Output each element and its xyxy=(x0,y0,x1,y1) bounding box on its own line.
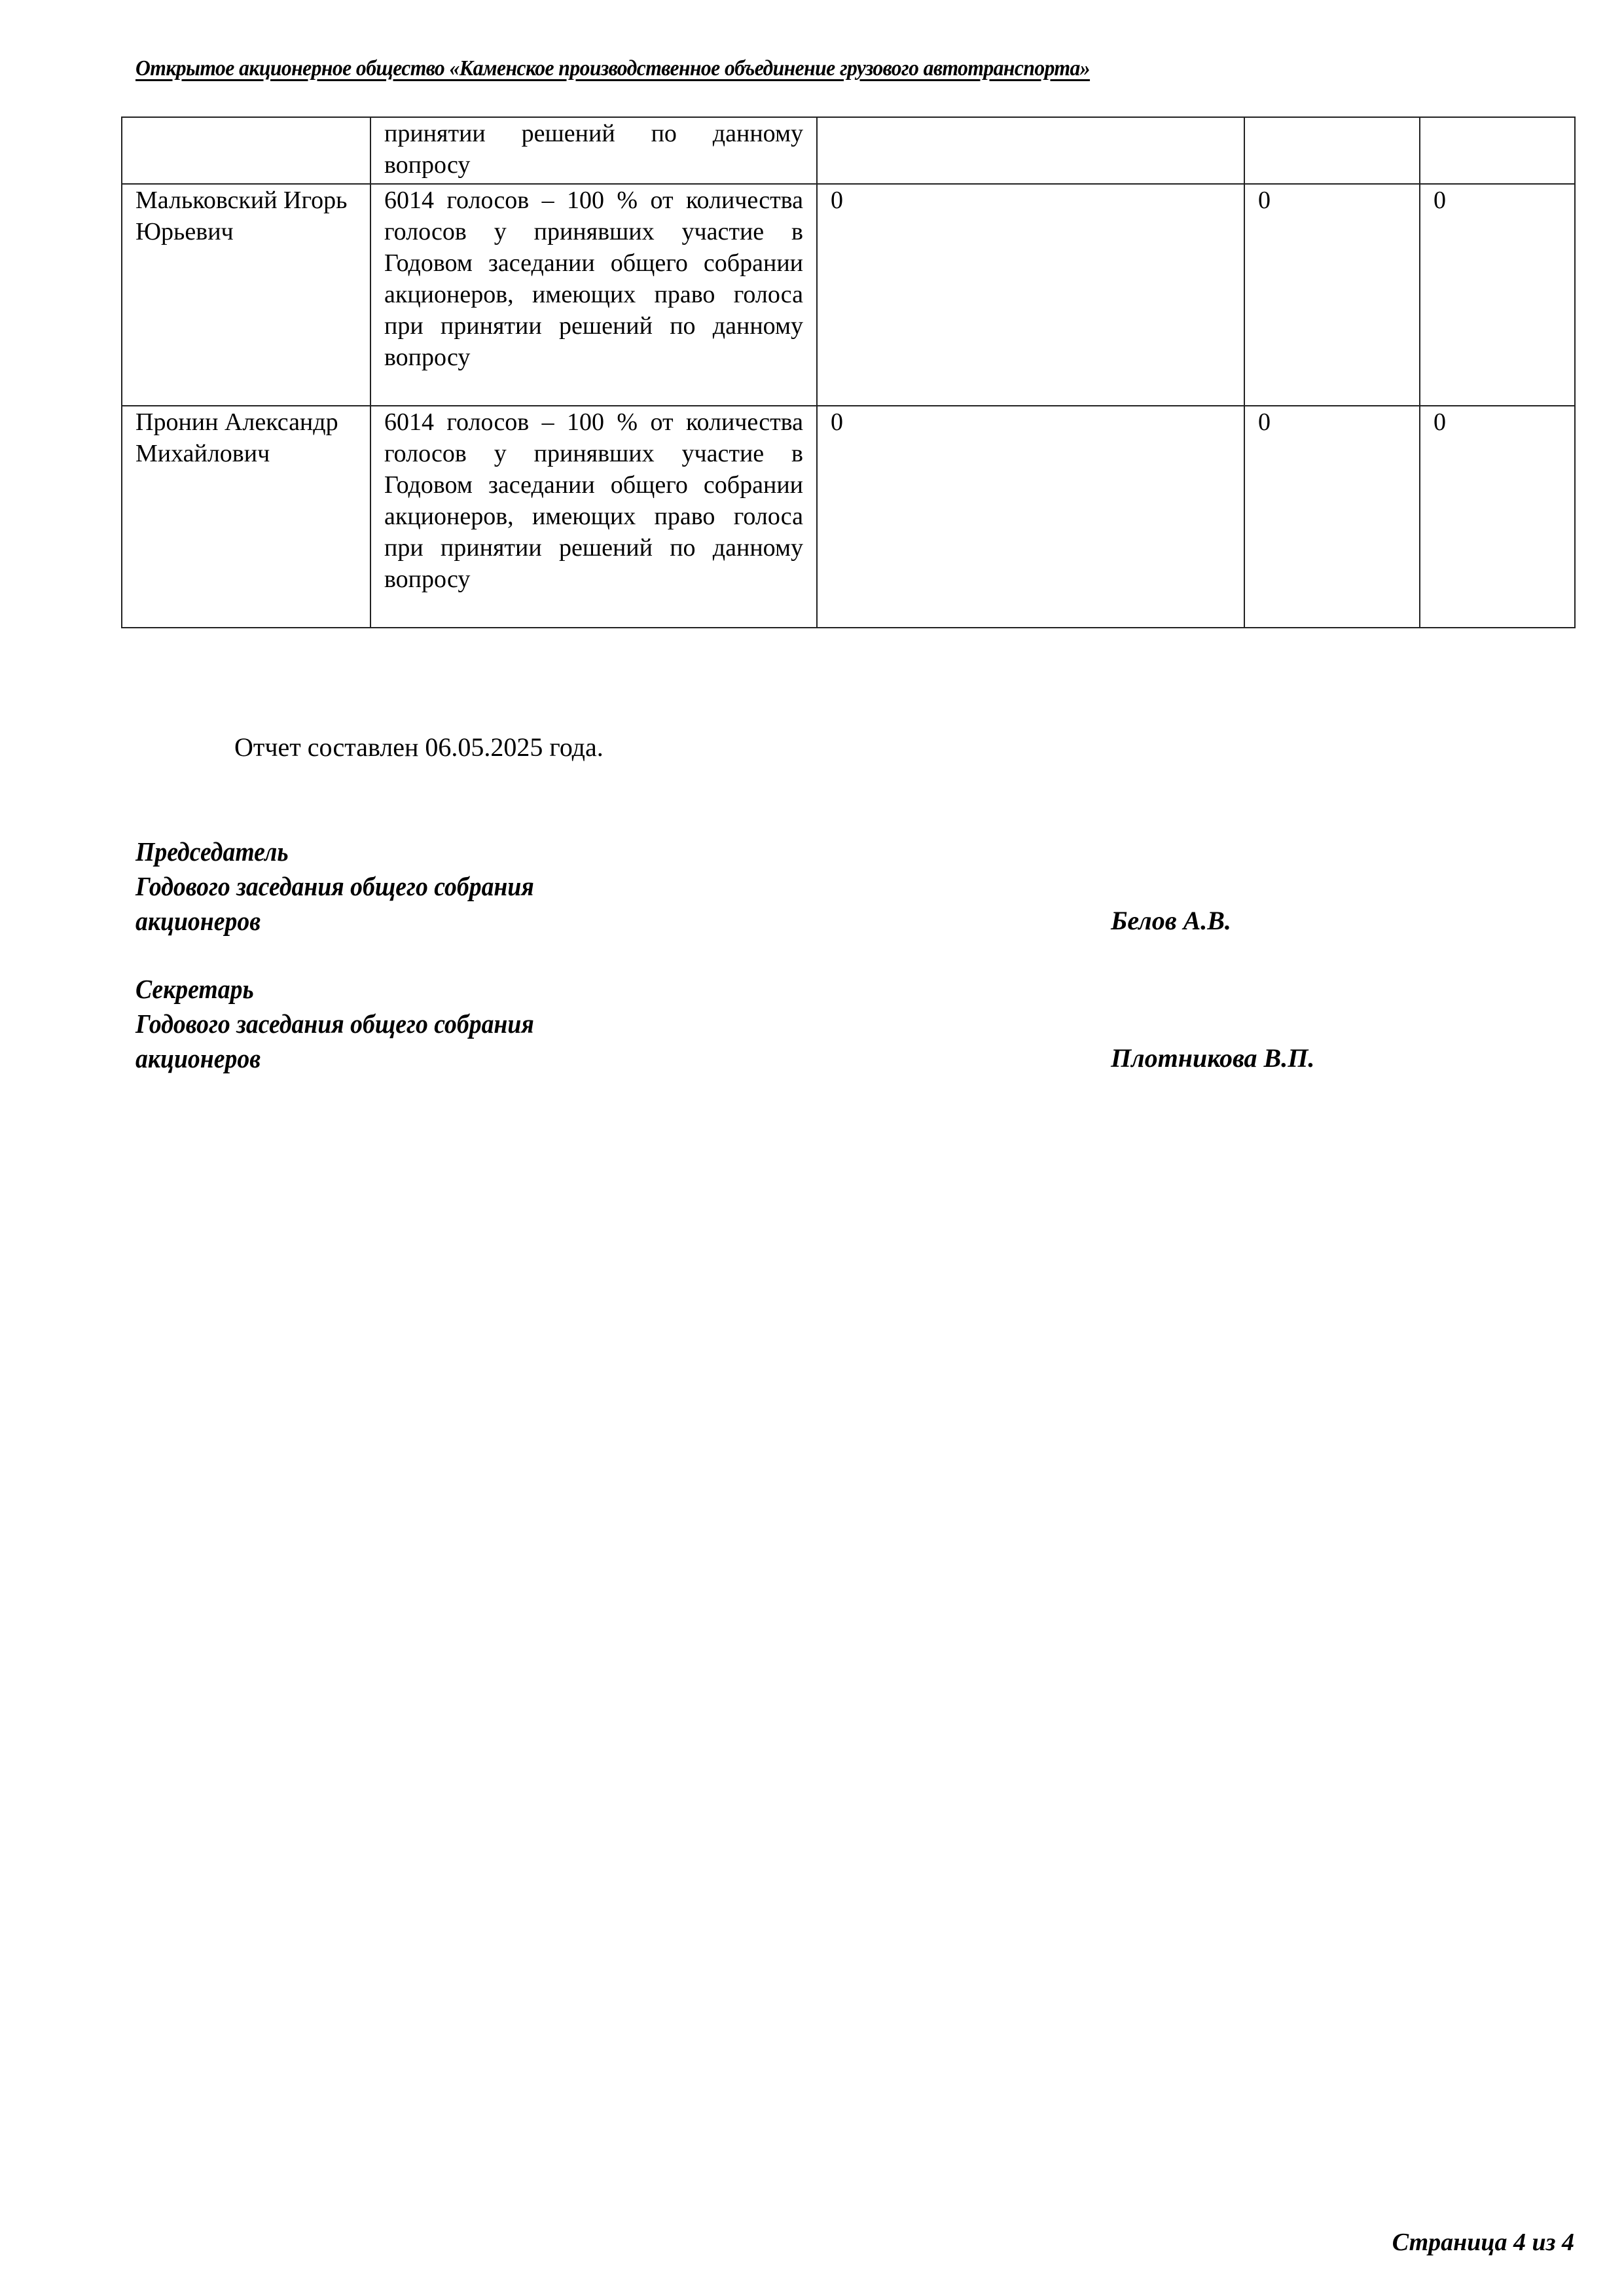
page-number: Страница 4 из 4 xyxy=(1392,2228,1574,2257)
votes-for-cell: 6014 голосов – 100 % от количества голос… xyxy=(370,406,817,628)
secretary-role-line: Годового заседания общего собрания xyxy=(135,1007,534,1041)
secretary-role-line: Секретарь xyxy=(135,972,534,1007)
report-date-line: Отчет составлен 06.05.2025 года. xyxy=(234,732,604,762)
votes-invalid-cell: 0 xyxy=(1420,184,1575,406)
votes-against-cell xyxy=(817,117,1244,184)
secretary-role-line: акционеров xyxy=(135,1041,534,1076)
chairman-role-line: Председатель xyxy=(135,834,534,869)
votes-for-cell: принятии решений по данному вопросу xyxy=(370,117,817,184)
chairman-role-line: Годового заседания общего собрания xyxy=(135,869,534,904)
votes-invalid-cell: 0 xyxy=(1420,406,1575,628)
table-row: Пронин Александр Михайлович 6014 голосов… xyxy=(122,406,1575,628)
document-header: Открытое акционерное общество «Каменское… xyxy=(135,56,1090,81)
voting-results-table: принятии решений по данному вопросу Маль… xyxy=(121,117,1576,628)
chairman-signature-block: Председатель Годового заседания общего с… xyxy=(135,834,534,939)
candidate-name-cell: Пронин Александр Михайлович xyxy=(122,406,370,628)
votes-against-cell: 0 xyxy=(817,406,1244,628)
candidate-name-cell: Мальковский Игорь Юрьевич xyxy=(122,184,370,406)
chairman-role-line: акционеров xyxy=(135,904,534,939)
candidate-name-cell xyxy=(122,117,370,184)
votes-for-cell: 6014 голосов – 100 % от количества голос… xyxy=(370,184,817,406)
votes-abstain-cell: 0 xyxy=(1244,406,1420,628)
secretary-signature-block: Секретарь Годового заседания общего собр… xyxy=(135,972,534,1076)
table-row: принятии решений по данному вопросу xyxy=(122,117,1575,184)
chairman-name: Белов А.В. xyxy=(1111,905,1231,936)
secretary-name: Плотникова В.П. xyxy=(1111,1043,1314,1073)
votes-against-cell: 0 xyxy=(817,184,1244,406)
votes-invalid-cell xyxy=(1420,117,1575,184)
votes-abstain-cell xyxy=(1244,117,1420,184)
votes-abstain-cell: 0 xyxy=(1244,184,1420,406)
table-row: Мальковский Игорь Юрьевич 6014 голосов –… xyxy=(122,184,1575,406)
